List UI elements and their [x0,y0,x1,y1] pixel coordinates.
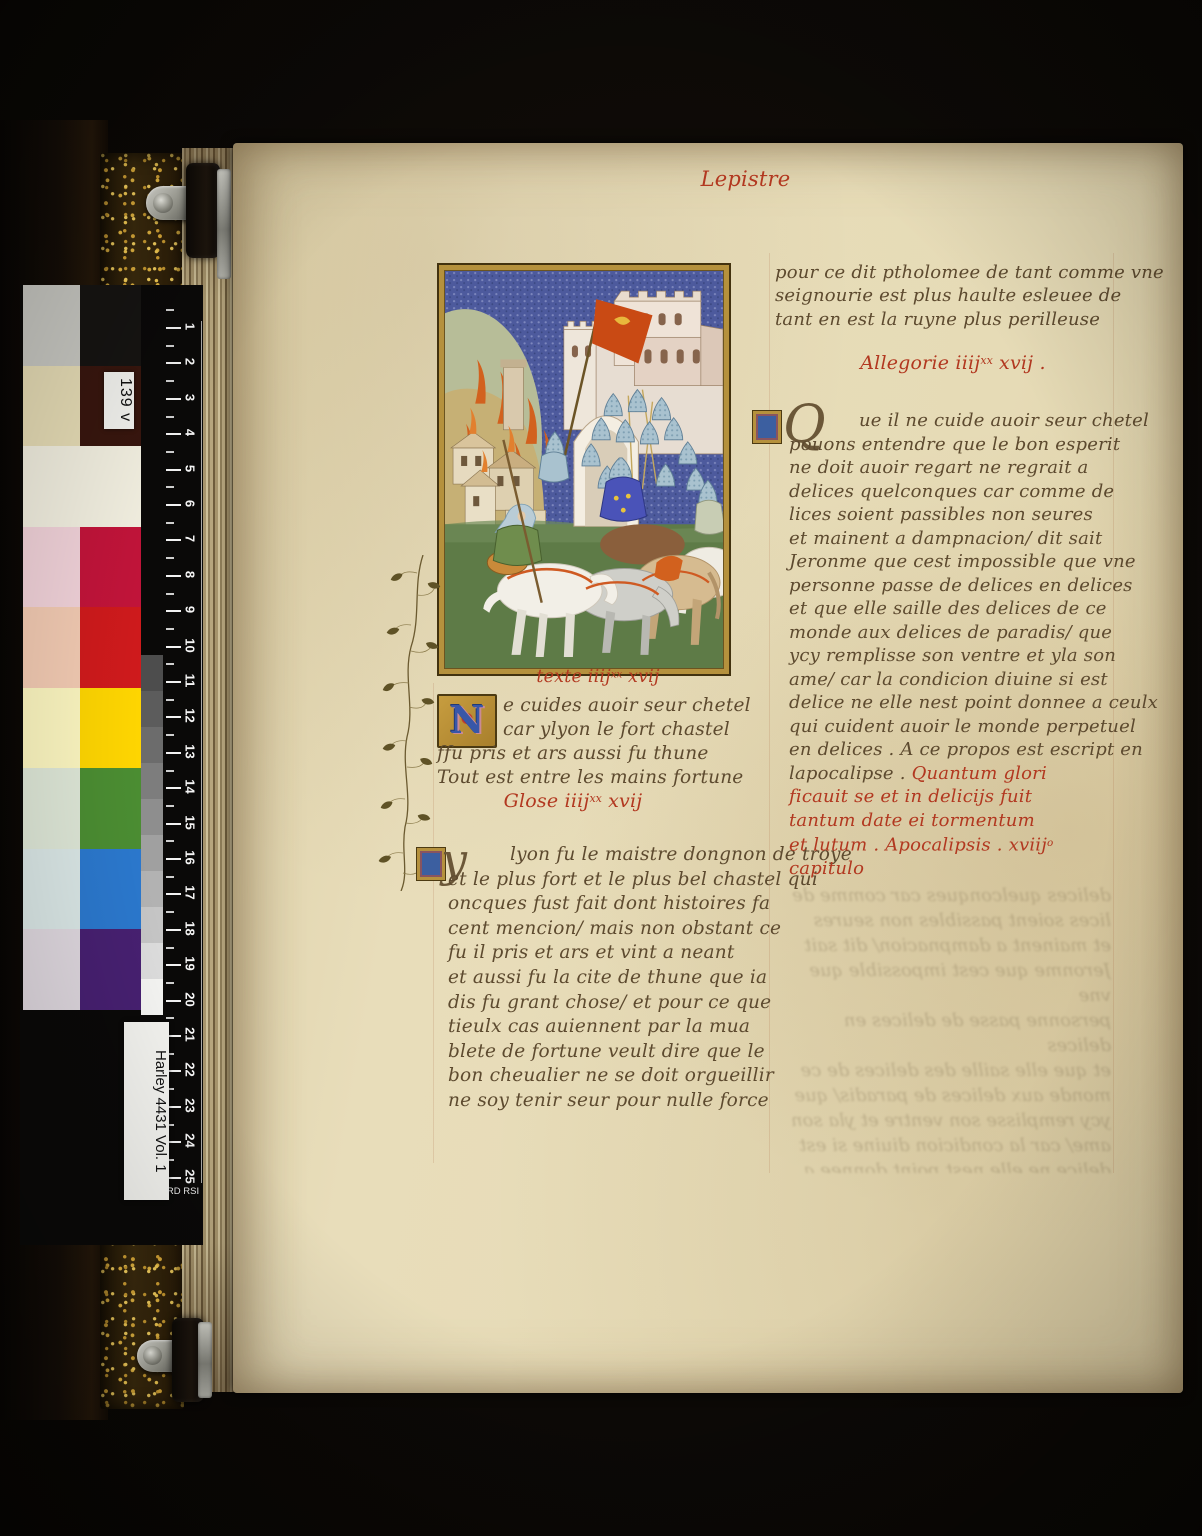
ruler-number: 10 [183,634,198,656]
ruler-tick [166,327,181,329]
color-patch [80,527,141,608]
ruler-half-tick [166,628,174,630]
gray-step [141,727,163,763]
text-segment: Glose iiij [504,790,590,812]
ghost-line: monde aux delices de paradis/ que [781,1083,1111,1108]
text-segment: monde aux delices de paradis/ que [789,622,1112,643]
text-segment: ycy remplisse son ventre et yla son [789,645,1116,666]
color-patch [80,929,141,1010]
text-segment: personne passe de delices en delices [789,575,1133,596]
ruler-tick [166,858,181,860]
text-segment: ficauit se et in delicijs fuit [789,786,1032,807]
ruler-tick [166,398,181,400]
gray-step [141,835,163,871]
text-segment: Tout est entre les mains fortune [437,767,743,788]
rivet-icon [143,1346,162,1365]
allegorie-text-block: ue il ne cuide auoir seur chetelpouons e… [789,409,1119,881]
text-segment: tantum date ei tormentum [789,810,1035,831]
text-line: seignourie est plus haulte esleuee de [775,284,1110,307]
ruler-half-tick [166,345,174,347]
text-line: delice ne elle nest point donnee a ceulx [789,691,1119,715]
gray-step [141,691,163,727]
ghost-line: ycy remplisse son ventre et yla son [781,1108,1111,1133]
text-segment: o [1047,837,1053,849]
text-segment: xvij . [993,352,1046,374]
text-segment: en delices . A ce propos est escript en [789,739,1143,760]
color-patch [23,366,80,447]
text-line: personne passe de delices en delices [789,574,1119,598]
verse-text-block: e cuides auoir seur chetelcar ylyon le f… [437,694,767,790]
text-segment: texte iiij [536,667,610,687]
text-line: dis fu grant chose/ et pour ce que [448,991,778,1016]
ruler-number: 17 [183,882,198,904]
text-segment: blete de fortune veult dire que le [448,1041,765,1062]
ruler-number: 11 [183,670,198,692]
text-segment: xx [980,354,992,367]
ruler-number: 2 [183,351,198,373]
glose-text-block: lyon fu le maistre dongnon de troyeet le… [448,843,778,1114]
gray-step [141,979,163,1015]
ghost-line: delices quelconques car comme de [781,883,1111,908]
text-segment: lices soient passibles non seures [789,504,1093,525]
text-segment: delice ne elle nest point donnee a ceulx [789,692,1158,713]
ruler-tick [166,433,181,435]
shelfmark-label: Harley 4431 Vol. 1 [124,1022,169,1200]
color-patch [23,607,80,688]
color-patch [80,607,141,688]
text-segment: xx [611,669,622,680]
text-line: tieulx cas auiennent par la mua [448,1015,778,1040]
gray-step [141,655,163,691]
text-segment: xvij [602,790,642,812]
clip-bar-top [217,169,231,279]
ruler-number: 15 [183,811,198,833]
ruler-half-tick [166,380,174,382]
ruler-number: 13 [183,740,198,762]
ruler-number: 22 [183,1059,198,1081]
ruler-number: 18 [183,917,198,939]
ruler-number: 5 [183,457,198,479]
ruler-number: 12 [183,705,198,727]
text-segment: et lutum . Apocalipsis . xviij [789,835,1047,856]
ruler-half-tick [166,805,174,807]
color-patch [23,688,80,769]
text-segment: oncques fust fait dont histoires fa [448,893,770,914]
text-segment: cent mencion/ mais non obstant ce [448,918,781,939]
ruler-footer-label: RD RSI [159,1186,207,1197]
color-patch [23,285,80,366]
text-line: et mainent a dampnacion/ dit sait [789,527,1119,551]
text-line: en delices . A ce propos est escript en [789,738,1119,762]
ruler-half-tick [166,1017,174,1019]
text-segment: xx [589,792,601,805]
ruler-half-tick [166,840,174,842]
ruler-number: 9 [183,599,198,621]
allegorie-rubric: Allegorie iiijxx xvij . [823,352,1083,374]
text-line: qui cuident auoir le monde perpetuel [789,715,1119,739]
text-segment: qui cuident auoir le monde perpetuel [789,716,1136,737]
ruler-number: 20 [183,988,198,1010]
text-line: ficauit se et in delicijs fuit [789,785,1119,809]
ruler-tick [166,539,181,541]
text-segment: ne doit auoir regart ne regrait a [789,457,1088,478]
text-segment: car ylyon le fort chastel [503,719,730,740]
ruler-number: 16 [183,847,198,869]
ruler-tick [166,752,181,754]
text-segment: ue il ne cuide auoir seur chetel [859,410,1149,431]
text-segment: dis fu grant chose/ et pour ce que [448,992,771,1013]
rivet-icon [153,193,173,213]
text-segment: ffu pris et ars aussi fu thune [437,743,708,764]
text-segment: ne soy tenir seur pour nulle force [448,1090,769,1111]
ruler-half-tick [166,416,174,418]
ghost-line: et que elle saille des delices de ce [781,1058,1111,1083]
texte-rubric: texte iiijxx xvij [483,667,713,687]
color-patch [23,849,80,930]
text-line: ame/ car la condicion diuine si est [789,668,1119,692]
text-segment: seignourie est plus haulte esleuee de [775,285,1121,306]
text-segment: delices quelconques car comme de [789,481,1114,502]
ghost-line: Jeronme que cest impossible que vne [781,958,1111,1008]
ruler-half-tick [166,699,174,701]
gray-step [141,943,163,979]
text-line: pour ce dit ptholomee de tant comme vne [775,261,1110,284]
text-line: ue il ne cuide auoir seur chetel [789,409,1119,433]
text-segment: pour ce dit ptholomee de tant comme vne [775,262,1164,283]
text-line: et aussi fu la cite de thune que ia [448,966,778,991]
text-line: tant en est la ruyne plus perilleuse [775,308,1110,331]
ruler-half-tick [166,876,174,878]
show-through-ghost-text: delices quelconques car comme delices so… [781,883,1111,1173]
ruler-number: 25 [183,1165,198,1187]
champ-initial [753,411,781,443]
text-segment: lapocalipse . [789,763,912,784]
gray-wedge [141,655,163,1015]
ruler-number: 4 [183,422,198,444]
color-patch [23,768,80,849]
miniature-painting [444,270,724,669]
text-segment: pouons entendre que le bon esperit [789,434,1120,455]
text-segment: Allegorie iiij [860,352,980,374]
page-clip-top [186,163,220,258]
ruler-tick [166,504,181,506]
ruler-half-tick [166,663,174,665]
running-title: Lepistre [663,167,828,191]
glose-rubric: Glose iiijxx xvij [463,790,683,812]
text-line: ycy remplisse son ventre et yla son [789,644,1119,668]
ruler-half-tick [166,557,174,559]
manuscript-photo: 1234567891011121314151617181920212223242… [0,0,1202,1536]
ruler-half-tick [166,770,174,772]
ruler-tick [166,646,181,648]
text-segment: tant en est la ruyne plus perilleuse [775,309,1100,330]
text-line: ffu pris et ars aussi fu thune [437,742,767,766]
miniature-frame [437,263,731,676]
ruler-tick [166,964,181,966]
text-line: bon cheualier ne se doit orgueillir [448,1064,778,1089]
ruler-half-tick [166,309,174,311]
ruler-tick [166,362,181,364]
clip-bar-bottom [198,1322,212,1398]
text-line: capitulo [789,857,1119,881]
ruler-tick [166,469,181,471]
ruler-tick [166,893,181,895]
ruler-half-tick [166,734,174,736]
ghost-line: et mainent a dampnacion/ dit sait [781,933,1111,958]
text-line: fu il pris et ars et vint a neant [448,941,778,966]
ruler-tick [166,823,181,825]
text-segment: e cuides auoir seur chetel [503,695,751,716]
ruler-number: 3 [183,386,198,408]
ruler-number: 8 [183,563,198,585]
text-line: ne doit auoir regart ne regrait a [789,456,1119,480]
text-line: et le plus fort et le plus bel chastel q… [448,868,778,893]
text-line: ne soy tenir seur pour nulle force [448,1089,778,1114]
text-segment: fu il pris et ars et vint a neant [448,942,734,963]
gray-step [141,763,163,799]
knights-before-burning-city-scene [445,271,723,668]
text-line: cent mencion/ mais non obstant ce [448,917,778,942]
text-segment: bon cheualier ne se doit orgueillir [448,1065,774,1086]
text-line: et lutum . Apocalipsis . xviijo [789,832,1119,857]
ruler-tick [166,1000,181,1002]
text-line: tantum date ei tormentum [789,809,1119,833]
ruler-number: 23 [183,1094,198,1116]
text-segment: capitulo [789,858,864,879]
ruler-half-tick [166,911,174,913]
text-segment: Quantum glori [912,763,1047,784]
ruler: 1234567891011121314151617181920212223242… [166,285,203,1205]
ghost-line: ame/ car la condicion diuine si est [781,1133,1111,1158]
color-patch [23,446,141,527]
ruler-number: 6 [183,493,198,515]
text-line: monde aux delices de paradis/ que [789,621,1119,645]
ruler-edge-line [201,321,202,1183]
gray-step [141,907,163,943]
ghost-line: personne passe de delices en delices [781,1008,1111,1058]
folio-number-label: 139 v [104,372,134,429]
right-column-intro: pour ce dit ptholomee de tant comme vnes… [775,261,1110,331]
ruler-tick [166,787,181,789]
color-calibration-bar: 1234567891011121314151617181920212223242… [20,285,203,1245]
ruler-tick [166,610,181,612]
color-patch [23,527,80,608]
text-line: lyon fu le maistre dongnon de troye [448,843,778,868]
text-segment: xvij [622,667,659,687]
ghost-line: lices soient passibles non seures [781,908,1111,933]
ruler-tick [166,575,181,577]
ruler-number: 1 [183,316,198,338]
text-line: Jeronme que cest impossible que vne [789,550,1119,574]
color-patch [80,285,141,366]
text-segment: ame/ car la condicion diuine si est [789,669,1108,690]
color-patch [23,929,80,1010]
text-line: car ylyon le fort chastel [503,718,767,742]
text-segment: Jeronme que cest impossible que vne [789,551,1136,572]
text-line: et que elle saille des delices de ce [789,597,1119,621]
ruler-half-tick [166,982,174,984]
text-line: e cuides auoir seur chetel [503,694,767,718]
color-patch [80,768,141,849]
ruler-number: 7 [183,528,198,550]
text-segment: et que elle saille des delices de ce [789,598,1107,619]
ruler-half-tick [166,522,174,524]
text-segment: et le plus fort et le plus bel chastel q… [448,869,818,890]
ruler-half-tick [166,451,174,453]
color-patch [80,688,141,769]
manuscript-page: Lepistre [233,143,1183,1393]
ghost-line: delice ne elle nest point donnee a ceulx [781,1158,1111,1173]
ruler-half-tick [166,593,174,595]
text-segment: et aussi fu la cite de thune que ia [448,967,767,988]
text-line: oncques fust fait dont histoires fa [448,892,778,917]
text-line: lapocalipse . Quantum glori [789,762,1119,786]
color-patch [80,849,141,930]
ruler-half-tick [166,486,174,488]
ruler-tick [166,929,181,931]
ruler-number: 21 [183,1024,198,1046]
ruler-number: 14 [183,776,198,798]
text-line: lices soient passibles non seures [789,503,1119,527]
ruler-number: 19 [183,953,198,975]
text-line: Tout est entre les mains fortune [437,766,767,790]
gray-step [141,799,163,835]
ruler-tick [166,681,181,683]
ruler-number: 24 [183,1130,198,1152]
text-segment: et mainent a dampnacion/ dit sait [789,528,1102,549]
ruler-half-tick [166,947,174,949]
text-line: delices quelconques car comme de [789,480,1119,504]
ruler-tick [166,716,181,718]
text-line: pouons entendre que le bon esperit [789,433,1119,457]
text-segment: tieulx cas auiennent par la mua [448,1016,750,1037]
text-line: blete de fortune veult dire que le [448,1040,778,1065]
gray-step [141,871,163,907]
blue-rider [600,477,646,521]
